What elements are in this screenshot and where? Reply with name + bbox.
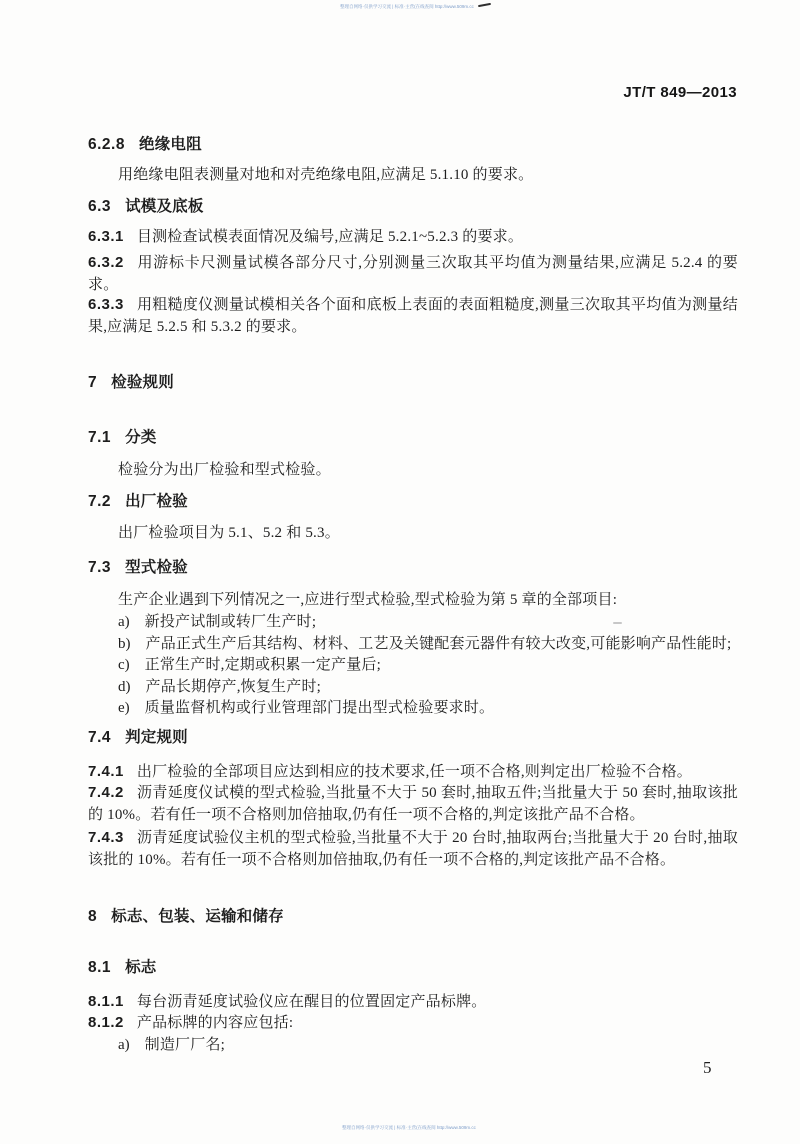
clause-number: 6.3.3 [88,296,124,313]
list-label: a) [118,1037,130,1053]
paragraph-7-3-intro: 生产企业遇到下列情况之一,应进行型式检验,型式检验为第 5 章的全部项目: [88,589,738,611]
clause-number: 8.1.2 [88,1014,124,1031]
heading-8: 8标志、包装、运输和储存 [88,906,738,928]
heading-title: 型式检验 [125,559,188,576]
heading-number: 7 [88,374,97,391]
page-number: 5 [703,1058,712,1078]
list-item-d: d)产品长期停产,恢复生产时; [88,676,738,698]
clause-6-3-1: 6.3.1目测检查试模表面情况及编号,应满足 5.2.1~5.2.3 的要求。 [88,226,738,248]
heading-title: 试模及底板 [125,198,204,215]
clause-text: 沥青延度仪试模的型式检验,当批量不大于 50 套时,抽取五件;当批量大于 50 … [88,785,738,823]
clause-7-4-2: 7.4.2沥青延度仪试模的型式检验,当批量不大于 50 套时,抽取五件;当批量大… [88,782,738,826]
heading-8-1: 8.1标志 [88,957,738,979]
clause-8-1-1: 8.1.1每台沥青延度试验仪应在醒目的位置固定产品标牌。 [88,991,738,1013]
clause-number: 6.3.2 [88,254,124,271]
clause-6-3-3: 6.3.3用粗糙度仪测量试模相关各个面和底板上表面的表面粗糙度,测量三次取其平均… [88,294,738,338]
list-item-a: a)新投产试制或转厂生产时; [88,611,738,633]
clause-text: 沥青延度试验仪主机的型式检验,当批量不大于 20 台时,抽取两台;当批量大于 2… [88,830,738,868]
heading-7-2: 7.2出厂检验 [88,491,738,513]
heading-title: 判定规则 [125,729,188,746]
clause-number: 8.1.1 [88,993,124,1010]
heading-title: 分类 [125,429,156,446]
list-text: 产品长期停产,恢复生产时; [146,679,322,695]
heading-6-3: 6.3试模及底板 [88,196,738,218]
heading-7-4: 7.4判定规则 [88,727,738,749]
heading-number: 6.3 [88,198,111,215]
list-text: 质量监督机构或行业管理部门提出型式检验要求时。 [145,700,495,716]
list-text: 正常生产时,定期或积累一定产量后; [145,657,381,673]
clause-number: 6.3.1 [88,228,124,245]
clause-text: 每台沥青延度试验仪应在醒目的位置固定产品标牌。 [137,994,487,1010]
list-text: 新投产试制或转厂生产时; [145,614,317,630]
heading-number: 8 [88,908,97,925]
heading-7-1: 7.1分类 [88,427,738,449]
heading-7: 7检验规则 [88,372,738,394]
list-text: 产品正式生产后其结构、材料、工艺及关键配套元器件有较大改变,可能影响产品性能时; [146,636,732,652]
paragraph-6-2-8: 用绝缘电阻表测量对地和对壳绝缘电阻,应满足 5.1.10 的要求。 [88,164,738,186]
clause-text: 产品标牌的内容应包括: [137,1015,293,1031]
list-label: d) [118,679,131,695]
clause-text: 用粗糙度仪测量试模相关各个面和底板上表面的表面粗糙度,测量三次取其平均值为测量结… [88,297,738,335]
clause-7-4-3: 7.4.3沥青延度试验仪主机的型式检验,当批量不大于 20 台时,抽取两台;当批… [88,827,738,871]
heading-title: 出厂检验 [125,493,188,510]
heading-title: 标志、包装、运输和储存 [111,908,284,925]
list-item-c: c)正常生产时,定期或积累一定产量后; [88,654,738,676]
heading-title: 标志 [125,959,156,976]
watermark-bottom: 整理自网络·仅供学习交流 | 标准·主营(在线查阅 http://www.509… [342,1124,476,1131]
clause-number: 7.4.1 [88,763,124,780]
list-label: b) [118,636,131,652]
list-item-a-8-1-2: a)制造厂厂名; [88,1034,738,1056]
scan-artifact-dash [478,3,491,7]
heading-number: 7.3 [88,559,111,576]
heading-number: 8.1 [88,959,111,976]
heading-title: 绝缘电阻 [139,136,202,153]
heading-7-3: 7.3型式检验 [88,557,738,579]
list-label: e) [118,700,130,716]
list-text: 制造厂厂名; [145,1037,225,1053]
heading-6-2-8: 6.2.8绝缘电阻 [88,134,738,156]
clause-number: 7.4.2 [88,784,124,801]
clause-6-3-2: 6.3.2用游标卡尺测量试模各部分尺寸,分别测量三次取其平均值为测量结果,应满足… [88,252,738,296]
list-label: c) [118,657,130,673]
clause-8-1-2: 8.1.2产品标牌的内容应包括: [88,1012,738,1034]
heading-number: 7.4 [88,729,111,746]
clause-text: 目测检查试模表面情况及编号,应满足 5.2.1~5.2.3 的要求。 [137,229,523,245]
clause-7-4-1: 7.4.1出厂检验的全部项目应达到相应的技术要求,任一项不合格,则判定出厂检验不… [88,761,738,783]
heading-number: 6.2.8 [88,136,125,153]
paragraph-7-1: 检验分为出厂检验和型式检验。 [88,459,738,481]
standard-code-header: JT/T 849—2013 [623,84,737,101]
list-label: a) [118,614,130,630]
clause-text: 用游标卡尺测量试模各部分尺寸,分别测量三次取其平均值为测量结果,应满足 5.2.… [88,255,738,293]
watermark-top: 整理自网络·仅供学习交流 | 标准·主营(在线查阅 http://www.509… [340,3,474,10]
heading-number: 7.1 [88,429,111,446]
list-item-e: e)质量监督机构或行业管理部门提出型式检验要求时。 [88,697,738,719]
clause-number: 7.4.3 [88,829,124,846]
list-item-b: b)产品正式生产后其结构、材料、工艺及关键配套元器件有较大改变,可能影响产品性能… [88,633,738,655]
heading-title: 检验规则 [111,374,174,391]
paragraph-7-2: 出厂检验项目为 5.1、5.2 和 5.3。 [88,522,738,544]
heading-number: 7.2 [88,493,111,510]
clause-text: 出厂检验的全部项目应达到相应的技术要求,任一项不合格,则判定出厂检验不合格。 [137,764,692,780]
scan-artifact-dash [613,622,622,624]
document-page: 整理自网络·仅供学习交流 | 标准·主营(在线查阅 http://www.509… [0,0,800,1144]
